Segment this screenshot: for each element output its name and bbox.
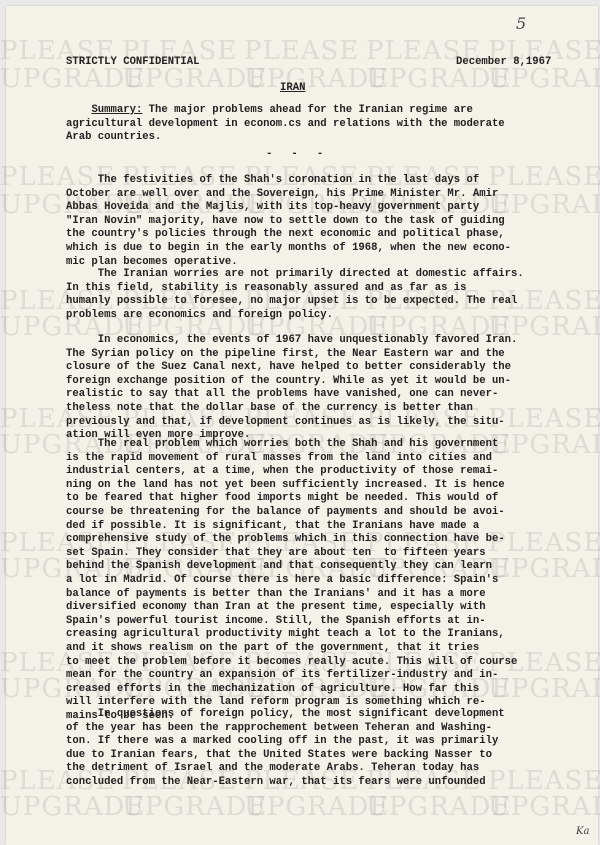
paragraph-agriculture: The real problem which worries both the … — [66, 438, 517, 723]
summary-label: Summary: — [91, 104, 142, 116]
document-date: December 8,1967 — [456, 56, 551, 70]
paragraph-foreign-policy: In questions of foreign policy, the most… — [66, 708, 505, 790]
handwritten-page-number: 5 — [516, 14, 526, 33]
paragraph-coronation: The festivities of the Shah's coronation… — [66, 174, 511, 269]
classification-label: STRICTLY CONFIDENTIAL — [66, 56, 200, 70]
summary-block: Summary: The major problems ahead for th… — [66, 104, 505, 145]
document-title: IRAN — [280, 82, 305, 96]
paragraph-economics: In economics, the events of 1967 have un… — [66, 334, 517, 443]
handwritten-initials: Ka — [576, 826, 589, 837]
separator: - - - — [266, 148, 323, 162]
paragraph-domestic: The Iranian worries are not primarily di… — [66, 268, 524, 322]
